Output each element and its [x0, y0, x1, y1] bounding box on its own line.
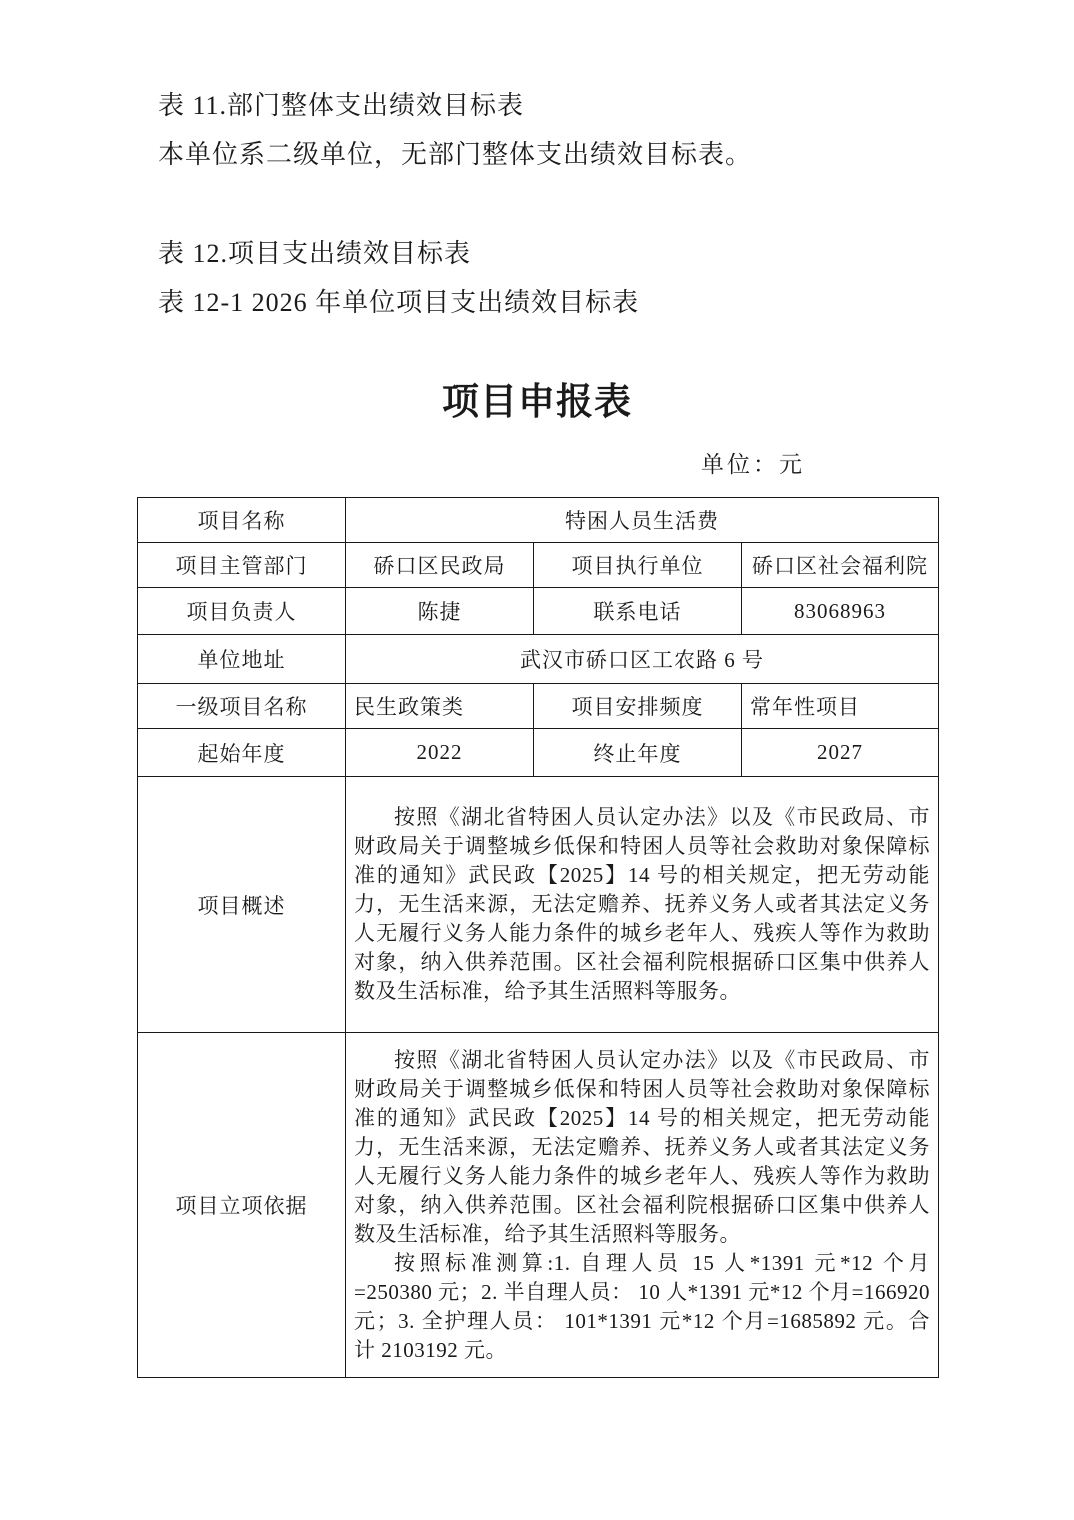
authority-value: 硚口区民政局 [346, 543, 534, 588]
row-years: 起始年度 2022 终止年度 2027 [138, 729, 939, 777]
row-authority-executor: 项目主管部门 硚口区民政局 项目执行单位 硚口区社会福利院 [138, 543, 939, 588]
overview-value: 按照《湖北省特困人员认定办法》以及《市民政局、市财政局关于调整城乡低保和特困人员… [346, 777, 939, 1033]
frequency-value: 常年性项目 [742, 684, 939, 729]
end-year-label: 终止年度 [534, 729, 742, 777]
category-label: 一级项目名称 [138, 684, 346, 729]
phone-label: 联系电话 [534, 588, 742, 635]
row-category-frequency: 一级项目名称 民生政策类 项目安排频度 常年性项目 [138, 684, 939, 729]
executor-value: 硚口区社会福利院 [742, 543, 939, 588]
row-leader-phone: 项目负责人 陈捷 联系电话 83068963 [138, 588, 939, 635]
unit-note: 单位：元 [137, 451, 805, 479]
overview-label: 项目概述 [138, 777, 346, 1033]
executor-label: 项目执行单位 [534, 543, 742, 588]
basis-paragraph-1: 按照《湖北省特困人员认定办法》以及《市民政局、市财政局关于调整城乡低保和特困人员… [354, 1046, 930, 1249]
project-name-value: 特困人员生活费 [346, 498, 939, 543]
start-year-value: 2022 [346, 729, 534, 777]
row-basis: 项目立项依据 按照《湖北省特困人员认定办法》以及《市民政局、市财政局关于调整城乡… [138, 1033, 939, 1378]
basis-label: 项目立项依据 [138, 1033, 346, 1378]
row-address: 单位地址 武汉市硚口区工农路 6 号 [138, 635, 939, 684]
leader-value: 陈捷 [346, 588, 534, 635]
authority-label: 项目主管部门 [138, 543, 346, 588]
start-year-label: 起始年度 [138, 729, 346, 777]
note-no-dept-table: 本单位系二级单位，无部门整体支出绩效目标表。 [158, 139, 752, 171]
document-page: 表 11.部门整体支出绩效目标表 本单位系二级单位，无部门整体支出绩效目标表。 … [0, 0, 1074, 1520]
phone-value: 83068963 [742, 588, 939, 635]
end-year-value: 2027 [742, 729, 939, 777]
category-value: 民生政策类 [346, 684, 534, 729]
heading-table-12: 表 12.项目支出绩效目标表 [158, 238, 471, 270]
project-application-table: 项目名称 特困人员生活费 项目主管部门 硚口区民政局 项目执行单位 硚口区社会福… [137, 497, 939, 1378]
address-value: 武汉市硚口区工农路 6 号 [346, 635, 939, 684]
basis-paragraph-2: 按照标准测算:1. 自理人员 15 人*1391 元*12 个月=250380 … [354, 1249, 930, 1365]
heading-table-12-1: 表 12-1 2026 年单位项目支出绩效目标表 [158, 287, 639, 319]
project-name-label: 项目名称 [138, 498, 346, 543]
leader-label: 项目负责人 [138, 588, 346, 635]
overview-paragraph: 按照《湖北省特困人员认定办法》以及《市民政局、市财政局关于调整城乡低保和特困人员… [354, 803, 930, 1006]
row-overview: 项目概述 按照《湖北省特困人员认定办法》以及《市民政局、市财政局关于调整城乡低保… [138, 777, 939, 1033]
basis-value: 按照《湖北省特困人员认定办法》以及《市民政局、市财政局关于调整城乡低保和特困人员… [346, 1033, 939, 1378]
row-project-name: 项目名称 特困人员生活费 [138, 498, 939, 543]
heading-table-11: 表 11.部门整体支出绩效目标表 [158, 90, 524, 122]
address-label: 单位地址 [138, 635, 346, 684]
frequency-label: 项目安排频度 [534, 684, 742, 729]
page-title: 项目申报表 [0, 381, 1074, 423]
